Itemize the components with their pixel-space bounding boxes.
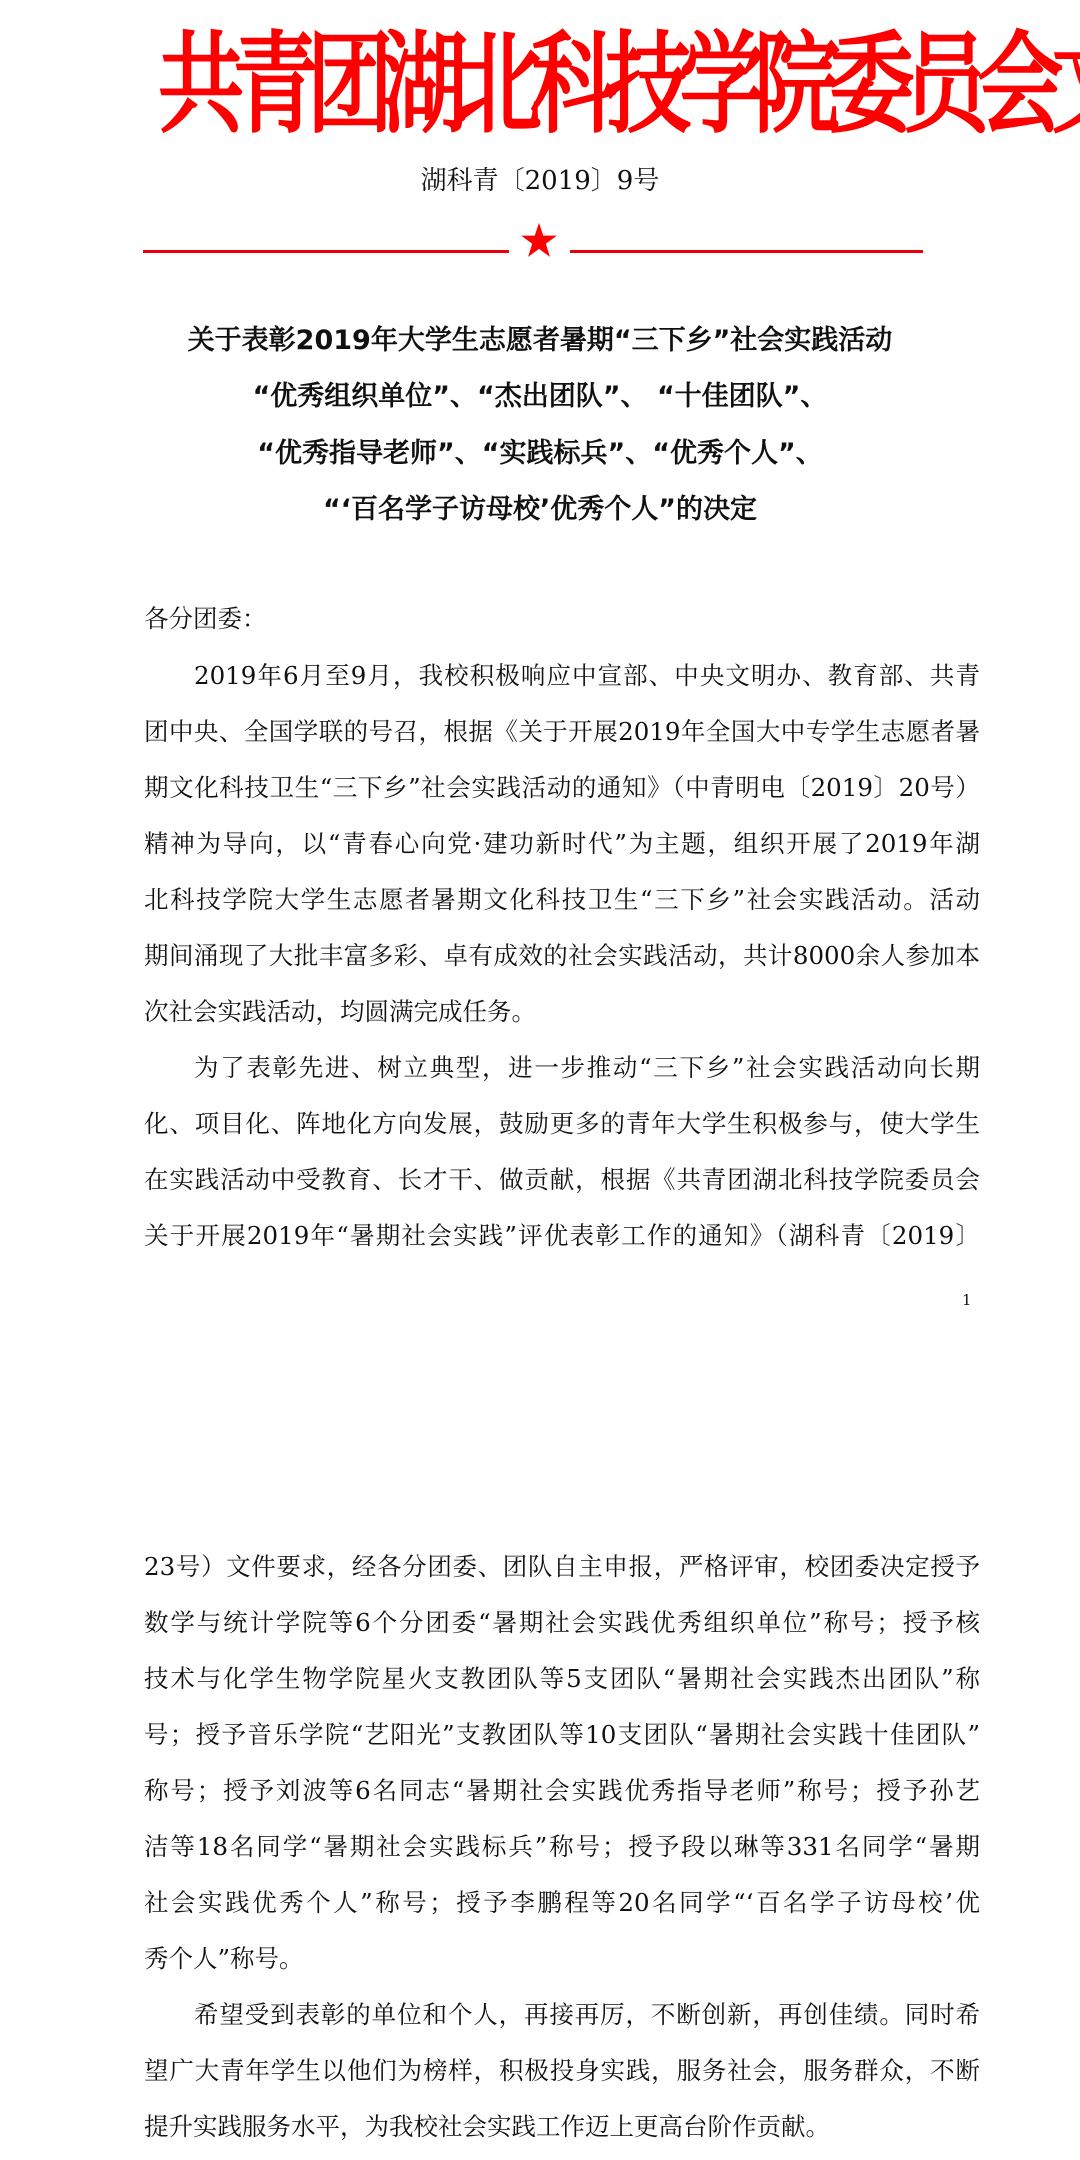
body-line: 望广大青年学生以他们为榜样，积极投身实践，服务社会，服务群众，不断 xyxy=(144,2055,980,2087)
page-number: 1 xyxy=(962,1290,972,1310)
body-line: 号；授予音乐学院“艺阳光”支教团队等10支团队“暑期社会实践十佳团队” xyxy=(144,1719,980,1751)
body-line: 化、项目化、阵地化方向发展，鼓励更多的青年大学生积极参与，使大学生 xyxy=(144,1108,980,1140)
body-line: 23号）文件要求，经各分团委、团队自主申报，严格评审，校团委决定授予 xyxy=(144,1551,980,1583)
red-star-icon xyxy=(521,222,557,258)
document-title-line-3: “优秀指导老师”、“实践标兵”、“优秀个人”、 xyxy=(0,437,1080,471)
body-line: 技术与化学生物学院星火支教团队等5支团队“暑期社会实践杰出团队”称 xyxy=(144,1663,980,1695)
document-title-line-2: “优秀组织单位”、“杰出团队”、 “十佳团队”、 xyxy=(0,380,1080,414)
salutation: 各分团委： xyxy=(144,603,980,635)
document-title-line-4: “‘百名学子访母校’优秀个人”的决定 xyxy=(0,493,1080,527)
body-line: 在实践活动中受教育、长才干、做贡献，根据《共青团湖北科技学院委员会 xyxy=(144,1164,980,1196)
body-line: 称号；授予刘波等6名同志“暑期社会实践优秀指导老师”称号；授予孙艺 xyxy=(144,1775,980,1807)
body-line: 关于开展2019年“暑期社会实践”评优表彰工作的通知》（湖科青〔2019〕 xyxy=(144,1220,980,1252)
body-line: 希望受到表彰的单位和个人，再接再厉，不断创新，再创佳绩。同时希 xyxy=(194,1999,980,2031)
document-page: 共青团湖北科技学院委员会文件 湖科青〔2019〕9号 关于表彰2019年大学生志… xyxy=(0,0,1080,2160)
body-line: 秀个人”称号。 xyxy=(144,1943,980,1975)
body-line: 期间涌现了大批丰富多彩、卓有成效的社会实践活动，共计8000余人参加本 xyxy=(144,940,980,972)
body-line: 期文化科技卫生“三下乡”社会实践活动的通知》（中青明电〔2019〕20号） xyxy=(144,772,980,804)
issuing-organization-title: 共青团湖北科技学院委员会文件 xyxy=(158,30,942,140)
body-line: 提升实践服务水平，为我校社会实践工作迈上更高台阶作贡献。 xyxy=(144,2111,980,2143)
body-line: 北科技学院大学生志愿者暑期文化科技卫生“三下乡”社会实践活动。活动 xyxy=(144,884,980,916)
org-title-text: 共青团湖北科技学院委员会文件 xyxy=(158,16,1080,154)
document-title-line-1: 关于表彰2019年大学生志愿者暑期“三下乡”社会实践活动 xyxy=(0,324,1080,358)
document-number: 湖科青〔2019〕9号 xyxy=(0,164,1080,198)
body-line: 社会实践优秀个人”称号；授予李鹏程等20名同学“‘百名学子访母校’优 xyxy=(144,1887,980,1919)
body-line: 2019年6月至9月，我校积极响应中宣部、中央文明办、教育部、共青 xyxy=(194,660,980,692)
red-divider-left xyxy=(143,250,509,253)
body-line: 洁等18名同学“暑期社会实践标兵”称号；授予段以琳等331名同学“暑期 xyxy=(144,1831,980,1863)
body-line: 为了表彰先进、树立典型，进一步推动“三下乡”社会实践活动向长期 xyxy=(194,1052,980,1084)
body-line: 数学与统计学院等6个分团委“暑期社会实践优秀组织单位”称号；授予核 xyxy=(144,1607,980,1639)
body-line: 次社会实践活动，均圆满完成任务。 xyxy=(144,996,980,1028)
body-line: 团中央、全国学联的号召，根据《关于开展2019年全国大中专学生志愿者暑 xyxy=(144,716,980,748)
red-divider-right xyxy=(570,250,923,253)
body-line: 精神为导向，以“青春心向党·建功新时代”为主题，组织开展了2019年湖 xyxy=(144,828,980,860)
